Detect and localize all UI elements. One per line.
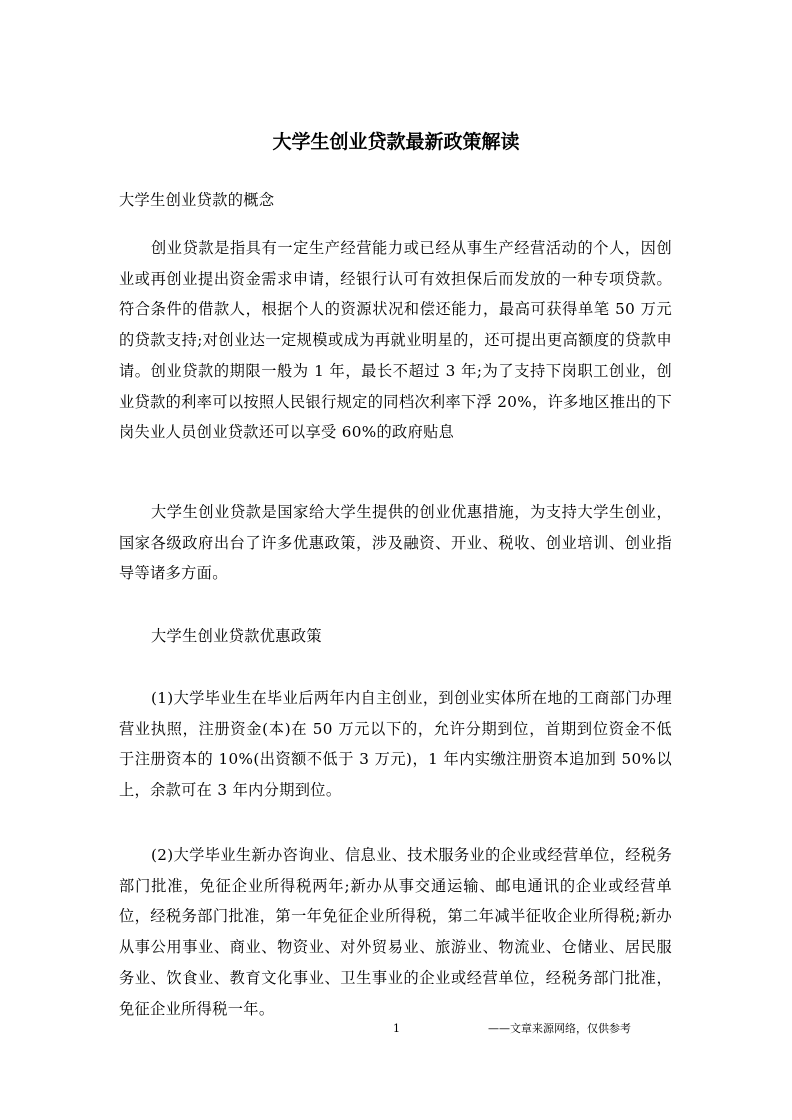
page-number: 1 bbox=[393, 1022, 400, 1036]
document-title: 大学生创业贷款最新政策解读 bbox=[0, 128, 792, 156]
paragraph-loan-definition: 创业贷款是指具有一定生产经营能力或已经从事生产经营活动的个人，因创业或再创业提出… bbox=[119, 233, 672, 448]
paragraph-student-loan-intro: 大学生创业贷款是国家给大学生提供的创业优惠措施，为支持大学生创业，国家各级政府出… bbox=[119, 497, 672, 589]
section-heading-policy: 大学生创业贷款优惠政策 bbox=[151, 621, 322, 652]
section-heading-concept: 大学生创业贷款的概念 bbox=[119, 185, 274, 216]
policy-item-2: (2)大学毕业生新办咨询业、信息业、技术服务业的企业或经营单位，经税务部门批准，… bbox=[119, 840, 672, 1024]
policy-item-1: (1)大学毕业生在毕业后两年内自主创业，到创业实体所在地的工商部门办理营业执照，… bbox=[119, 683, 672, 806]
document-page: 大学生创业贷款最新政策解读 大学生创业贷款的概念 创业贷款是指具有一定生产经营能… bbox=[0, 0, 792, 1120]
source-note: ——文章来源网络，仅供参考 bbox=[488, 1022, 631, 1036]
